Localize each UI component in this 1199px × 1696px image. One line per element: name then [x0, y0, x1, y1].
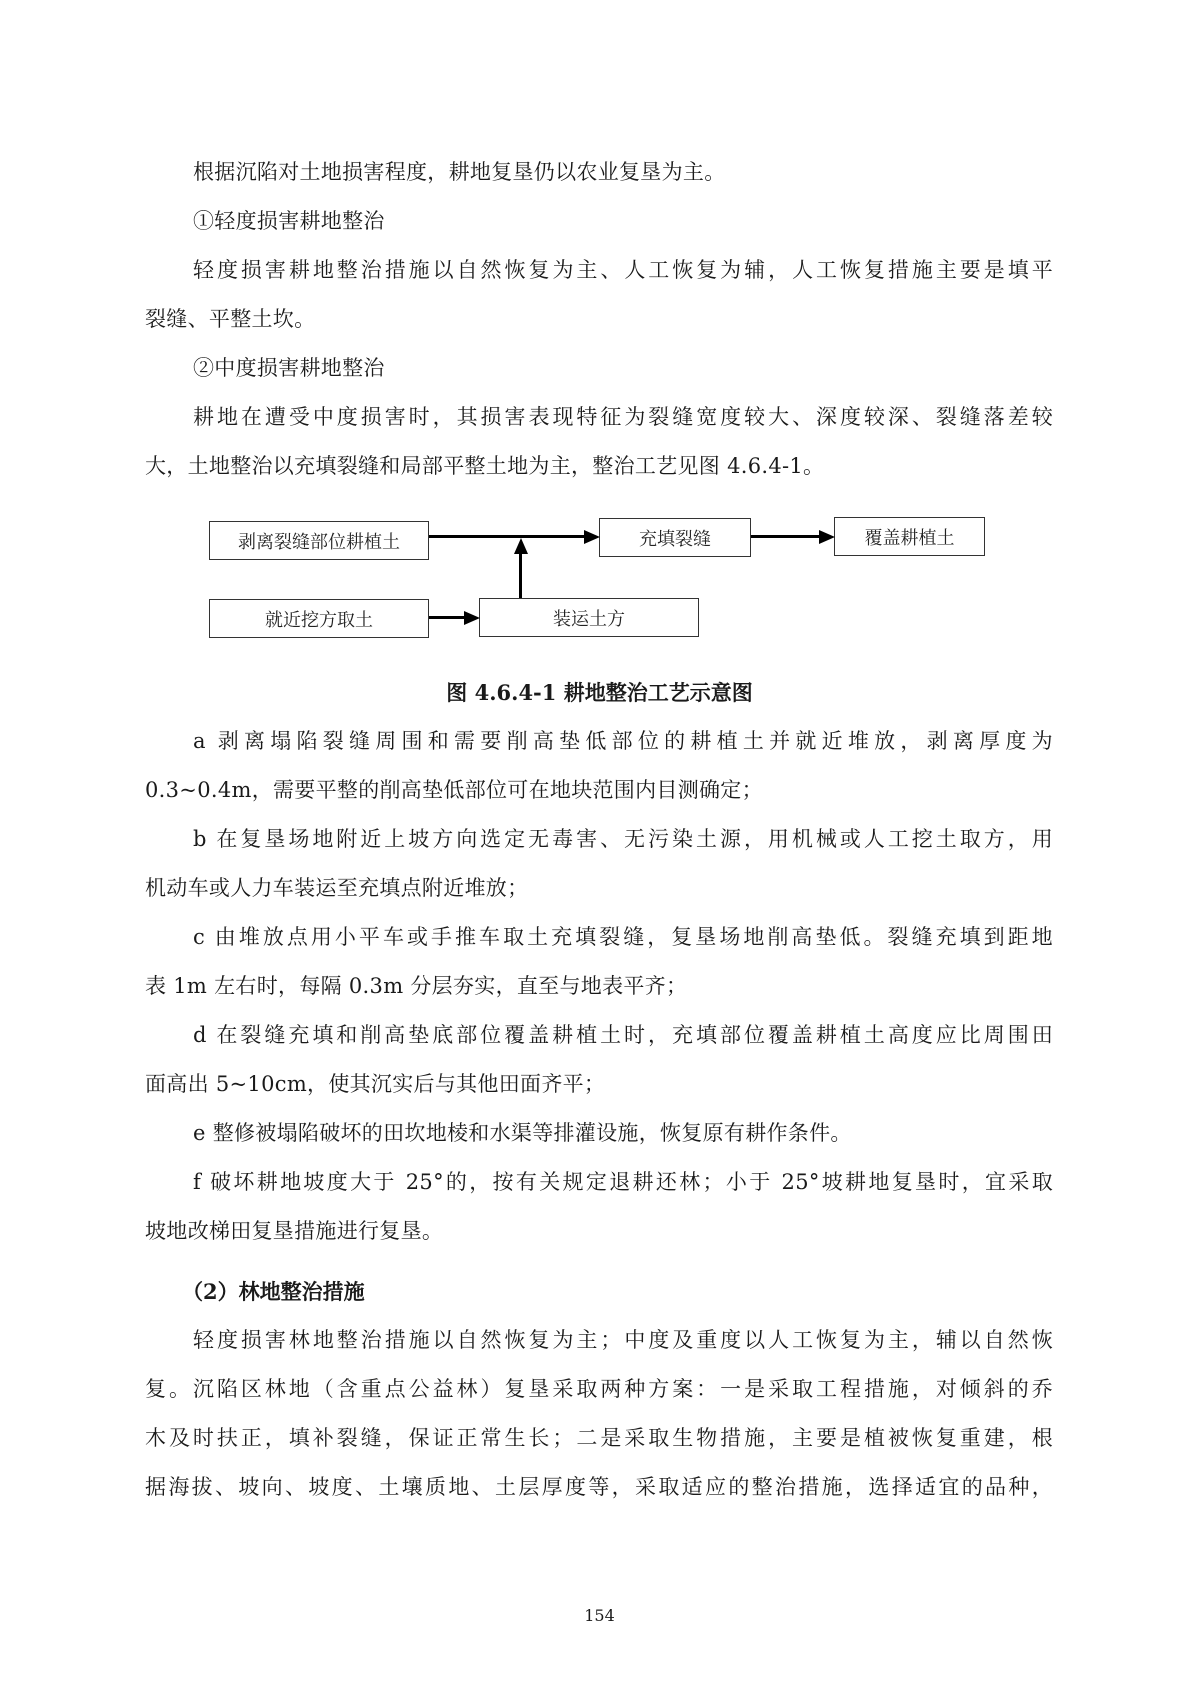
step-b-line: b 在复垦场地附近上坡方向选定无毒害、无污染土源，用机械或人工挖土取方，用 — [193, 824, 1053, 854]
forest-paragraph-line: 轻度损害林地整治措施以自然恢复为主；中度及重度以人工恢复为主，辅以自然恢 — [193, 1325, 1053, 1355]
step-f-line: f 破坏耕地坡度大于 25°的，按有关规定退耕还林；小于 25°坡耕地复垦时，宜… — [193, 1167, 1053, 1197]
medium-damage-paragraph-line: 大，土地整治以充填裂缝和局部平整土地为主，整治工艺见图 4.6.4-1。 — [145, 451, 1053, 481]
diagram-box-fill-cracks: 充填裂缝 — [599, 518, 751, 557]
step-d-line: 面高出 5~10cm，使其沉实后与其他田面齐平； — [145, 1069, 1053, 1099]
step-a-line: 0.3~0.4m，需要平整的削高垫低部位可在地块范围内目测确定； — [145, 775, 1053, 805]
arrow-right-icon — [819, 530, 835, 544]
arrow-line — [751, 535, 819, 538]
forest-paragraph-line: 复。沉陷区林地（含重点公益林）复垦采取两种方案：一是采取工程措施，对倾斜的乔 — [145, 1374, 1053, 1404]
step-c-line: 表 1m 左右时，每隔 0.3m 分层夯实，直至与地表平齐； — [145, 971, 1053, 1001]
document-page: 根据沉陷对土地损害程度，耕地复垦仍以农业复垦为主。 ①轻度损害耕地整治 轻度损害… — [0, 0, 1199, 1696]
section-heading-forest: （2）林地整治措施 — [182, 1277, 365, 1307]
intro-paragraph: 根据沉陷对土地损害程度，耕地复垦仍以农业复垦为主。 — [193, 157, 1053, 187]
arrow-up-icon — [514, 538, 528, 554]
medium-damage-paragraph-line: 耕地在遭受中度损害时，其损害表现特征为裂缝宽度较大、深度较深、裂缝落差较 — [193, 402, 1053, 432]
page-number: 154 — [0, 1606, 1199, 1626]
forest-paragraph-line: 据海拔、坡向、坡度、土壤质地、土层厚度等，采取适应的整治措施，选择适宜的品种， — [145, 1472, 1053, 1502]
arrow-right-icon — [464, 611, 480, 625]
step-d-line: d 在裂缝充填和削高垫底部位覆盖耕植土时，充填部位覆盖耕植土高度应比周围田 — [193, 1020, 1053, 1050]
light-damage-paragraph-line: 轻度损害耕地整治措施以自然恢复为主、人工恢复为辅，人工恢复措施主要是填平 — [193, 255, 1053, 285]
figure-caption: 图 4.6.4-1 耕地整治工艺示意图 — [0, 678, 1199, 708]
step-f-line: 坡地改梯田复垦措施进行复垦。 — [145, 1216, 1053, 1246]
arrow-line — [519, 553, 522, 598]
step-e-line: e 整修被塌陷破坏的田坎地棱和水渠等排灌设施，恢复原有耕作条件。 — [193, 1118, 1053, 1148]
arrow-right-icon — [584, 530, 600, 544]
light-damage-paragraph-line: 裂缝、平整土坎。 — [145, 304, 1053, 334]
medium-damage-title: ②中度损害耕地整治 — [193, 353, 1053, 383]
step-b-line: 机动车或人力车装运至充填点附近堆放； — [145, 873, 1053, 903]
step-a-line: a 剥离塌陷裂缝周围和需要削高垫低部位的耕植土并就近堆放，剥离厚度为 — [193, 726, 1053, 756]
arrow-line — [429, 535, 584, 538]
diagram-box-transport-soil: 装运土方 — [479, 598, 699, 637]
diagram-box-strip-topsoil: 剥离裂缝部位耕植土 — [209, 521, 429, 560]
light-damage-title: ①轻度损害耕地整治 — [193, 206, 1053, 236]
arrow-line — [429, 616, 465, 619]
forest-paragraph-line: 木及时扶正，填补裂缝，保证正常生长；二是采取生物措施，主要是植被恢复重建，根 — [145, 1423, 1053, 1453]
diagram-box-cover-topsoil: 覆盖耕植土 — [834, 517, 985, 556]
step-c-line: c 由堆放点用小平车或手推车取土充填裂缝，复垦场地削高垫低。裂缝充填到距地 — [193, 922, 1053, 952]
diagram-box-excavate-nearby: 就近挖方取土 — [209, 599, 429, 638]
